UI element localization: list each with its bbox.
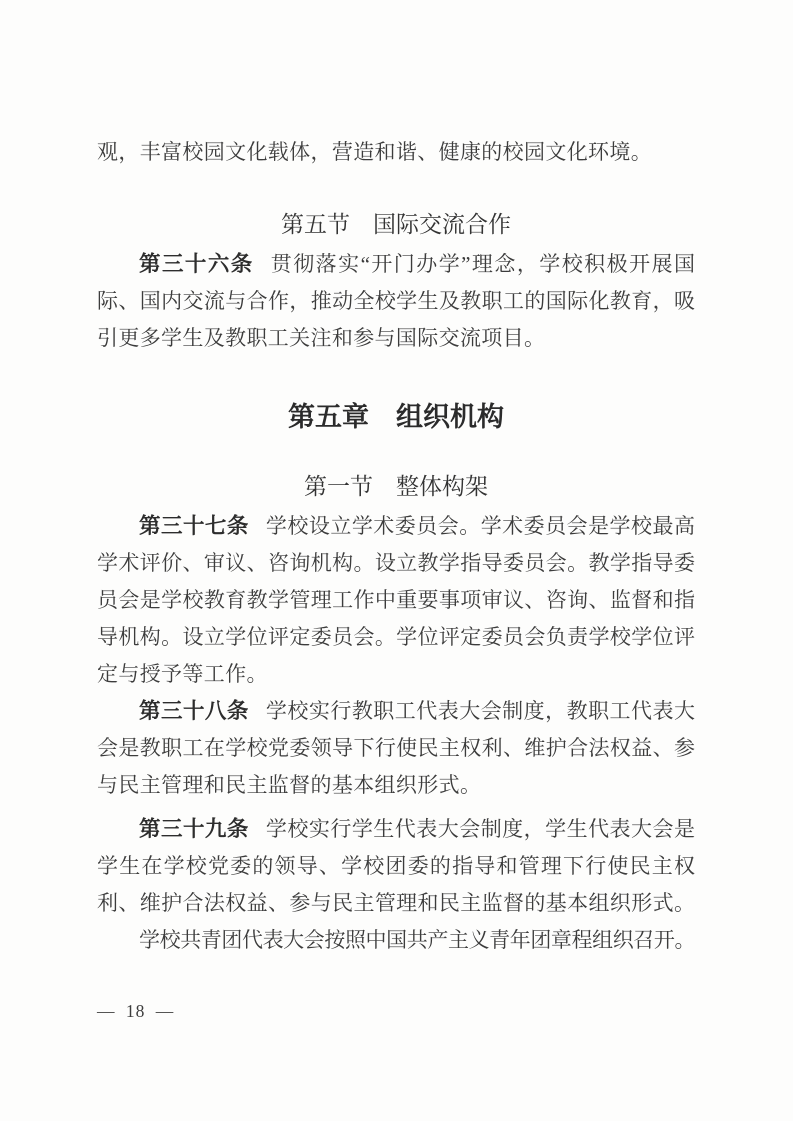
article-38-line-2: 会是教职工在学校党委领导下行使民主权利、维护合法权益、参 — [97, 730, 695, 767]
paragraph-continuation-line: 观，丰富校园文化载体，营造和谐、健康的校园文化环境。 — [97, 134, 695, 171]
article-38-line-3: 与民主管理和民主监督的基本组织形式。 — [97, 767, 695, 804]
article-37-text-start: 学校设立学术委员会。学术委员会是学校最高 — [266, 514, 695, 538]
article-39-number: 第三十九条 — [139, 817, 249, 841]
page-number: — 18 — — [97, 1001, 174, 1021]
article-36-line-1: 第三十六条贯彻落实“开门办学”理念，学校积极开展国 — [97, 246, 695, 283]
article-36-line-2: 际、国内交流与合作，推动全校学生及教职工的国际化教育，吸 — [97, 283, 695, 320]
article-37-line-4: 导机构。设立学位评定委员会。学位评定委员会负责学校学位评 — [97, 619, 695, 656]
article-37-line-3: 员会是学校教育教学管理工作中重要事项审议、咨询、监督和指 — [97, 582, 695, 619]
article-39-line-2: 学生在学校党委的领导、学校团委的指导和管理下行使民主权 — [97, 848, 695, 885]
section-heading-overall-structure: 第一节 整体构架 — [97, 468, 695, 505]
article-39-line-3: 利、维护合法权益、参与民主管理和民主监督的基本组织形式。 — [97, 885, 695, 922]
article-38-line-1: 第三十八条学校实行教职工代表大会制度，教职工代表大 — [97, 693, 695, 730]
article-39-text-start: 学校实行学生代表大会制度，学生代表大会是 — [266, 817, 695, 841]
section-heading-international-exchange: 第五节 国际交流合作 — [97, 206, 695, 243]
article-37-number: 第三十七条 — [139, 514, 249, 538]
article-38-number: 第三十八条 — [139, 699, 249, 723]
article-38-text-start: 学校实行教职工代表大会制度，教职工代表大 — [266, 699, 695, 723]
league-congress-line: 学校共青团代表大会按照中国共产主义青年团章程组织召开。 — [97, 922, 695, 959]
chapter-heading-organization: 第五章 组织机构 — [97, 397, 695, 437]
article-39-line-1: 第三十九条学校实行学生代表大会制度，学生代表大会是 — [97, 811, 695, 848]
document-content: 观，丰富校园文化载体，营造和谐、健康的校园文化环境。 第五节 国际交流合作 第三… — [0, 0, 793, 959]
article-39: 第三十九条学校实行学生代表大会制度，学生代表大会是 学生在学校党委的领导、学校团… — [97, 811, 695, 922]
article-37-line-2: 学术评价、审议、咨询机构。设立教学指导委员会。教学指导委 — [97, 545, 695, 582]
article-36-number: 第三十六条 — [139, 252, 254, 276]
article-37-line-1: 第三十七条学校设立学术委员会。学术委员会是学校最高 — [97, 508, 695, 545]
article-37: 第三十七条学校设立学术委员会。学术委员会是学校最高 学术评价、审议、咨询机构。设… — [97, 508, 695, 693]
page-footer: — 18 — — [97, 999, 174, 1023]
article-36-text-start: 贯彻落实“开门办学”理念，学校积极开展国 — [271, 252, 695, 276]
article-36-line-3: 引更多学生及教职工关注和参与国际交流项目。 — [97, 320, 695, 357]
scanned-document-page: 观，丰富校园文化载体，营造和谐、健康的校园文化环境。 第五节 国际交流合作 第三… — [0, 0, 793, 1121]
article-38: 第三十八条学校实行教职工代表大会制度，教职工代表大 会是教职工在学校党委领导下行… — [97, 693, 695, 804]
article-37-line-5: 定与授予等工作。 — [97, 656, 695, 693]
article-36: 第三十六条贯彻落实“开门办学”理念，学校积极开展国 际、国内交流与合作，推动全校… — [97, 246, 695, 357]
